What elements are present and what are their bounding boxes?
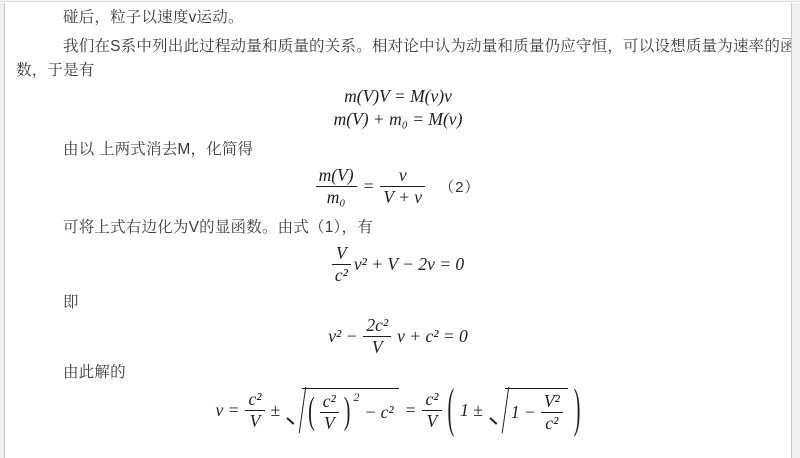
fraction-2c2-over-V: 2c² V bbox=[363, 316, 391, 357]
equation-4-lead: v² − bbox=[328, 326, 357, 347]
para-after-collision: 碰后，粒子以速度v运动。 bbox=[63, 7, 244, 29]
fraction-denominator: V + v bbox=[380, 186, 425, 207]
fraction-numerator: V² bbox=[541, 392, 563, 412]
document-page[interactable]: 碰后，粒子以速度v运动。 我们在S系中列出此过程动量和质量的关系。相对论中认为动… bbox=[6, 3, 790, 458]
fraction-numerator: c² bbox=[320, 392, 339, 412]
fraction-c2-over-V: c² V bbox=[245, 390, 264, 431]
fraction-denominator: V bbox=[363, 336, 391, 357]
equals-sign: = bbox=[405, 400, 417, 421]
equation-2: m(V) m₀ = v V + v （2） bbox=[6, 166, 790, 207]
equation-1-line-2: m(V) + m₀ = M(v) bbox=[6, 108, 790, 131]
radicand: 1 − V² c² bbox=[505, 388, 568, 433]
fraction-v-over-V-plus-v: v V + v bbox=[380, 166, 425, 207]
para-momentum-mass-line2: 数，于是有 bbox=[16, 60, 95, 82]
fraction-numerator: c² bbox=[422, 390, 441, 410]
document-viewport: 碰后，粒子以速度v运动。 我们在S系中列出此过程动量和质量的关系。相对论中认为动… bbox=[0, 0, 800, 458]
fraction-numerator: V bbox=[332, 244, 351, 264]
fraction-denominator: V bbox=[422, 410, 441, 431]
para-explicit-function: 可将上式右边化为V的显函数。由式（1），有 bbox=[63, 217, 373, 239]
right-paren: ) bbox=[344, 391, 351, 435]
fraction-numerator: v bbox=[380, 166, 425, 186]
equation-5-lhs: v = bbox=[216, 400, 240, 421]
left-page-margin bbox=[0, 3, 5, 458]
fraction-V-over-c2: V c² bbox=[332, 244, 351, 285]
fraction-denominator: V bbox=[245, 410, 264, 431]
fraction-numerator: 2c² bbox=[363, 316, 391, 336]
radicand: ( c² V ) 2 − c² bbox=[302, 388, 399, 433]
superscript-2: 2 bbox=[353, 390, 359, 405]
fraction-mV-over-m0: m(V) m₀ bbox=[316, 166, 357, 207]
equation-1: m(V)V = M(v)v m(V) + m₀ = M(v) bbox=[6, 85, 790, 131]
fraction-denominator: V bbox=[320, 412, 339, 433]
big-right-paren: ) bbox=[574, 379, 581, 441]
plus-minus-sign: ± bbox=[271, 400, 281, 421]
sqrt-radical: 1 − V² c² bbox=[505, 388, 568, 433]
fraction-numerator: c² bbox=[245, 390, 264, 410]
para-eliminate-M: 由以 上两式消去M，化简得 bbox=[63, 139, 253, 161]
fraction-denominator: m₀ bbox=[316, 186, 357, 207]
equals-sign: = bbox=[363, 176, 375, 197]
equation-3-rest: v² + V − 2v = 0 bbox=[354, 254, 464, 275]
fraction-denominator: c² bbox=[332, 264, 351, 285]
para-that-is: 即 bbox=[63, 292, 79, 314]
equation-number-tag: （2） bbox=[439, 176, 480, 197]
fraction-c2-over-V: c² V bbox=[320, 392, 339, 433]
para-solve-result: 由此解的 bbox=[63, 362, 126, 384]
fraction-V2-over-c2: V² c² bbox=[541, 392, 563, 433]
one-minus: 1 − bbox=[511, 402, 536, 423]
sqrt-radical: ( c² V ) 2 − c² bbox=[302, 388, 399, 433]
equation-5: v = c² V ± ( c² V ) 2 − c² = bbox=[6, 388, 790, 433]
big-left-paren: ( bbox=[448, 379, 455, 441]
equation-1-line-1: m(V)V = M(v)v bbox=[6, 85, 790, 108]
right-page-margin bbox=[791, 3, 800, 458]
equation-3: V c² v² + V − 2v = 0 bbox=[6, 244, 790, 285]
one-plus-minus: 1 ± bbox=[460, 400, 483, 421]
top-edge-divider bbox=[0, 0, 800, 2]
fraction-numerator: m(V) bbox=[316, 166, 357, 186]
fraction-c2-over-V: c² V bbox=[422, 390, 441, 431]
left-paren: ( bbox=[308, 391, 315, 435]
equation-4-rest: v + c² = 0 bbox=[397, 326, 468, 347]
minus-c-squared: − c² bbox=[364, 402, 393, 423]
fraction-denominator: c² bbox=[541, 412, 563, 433]
equation-4: v² − 2c² V v + c² = 0 bbox=[6, 316, 790, 357]
para-momentum-mass-line1: 我们在S系中列出此过程动量和质量的关系。相对论中认为动量和质量仍应守恒，可以设想… bbox=[63, 36, 796, 58]
